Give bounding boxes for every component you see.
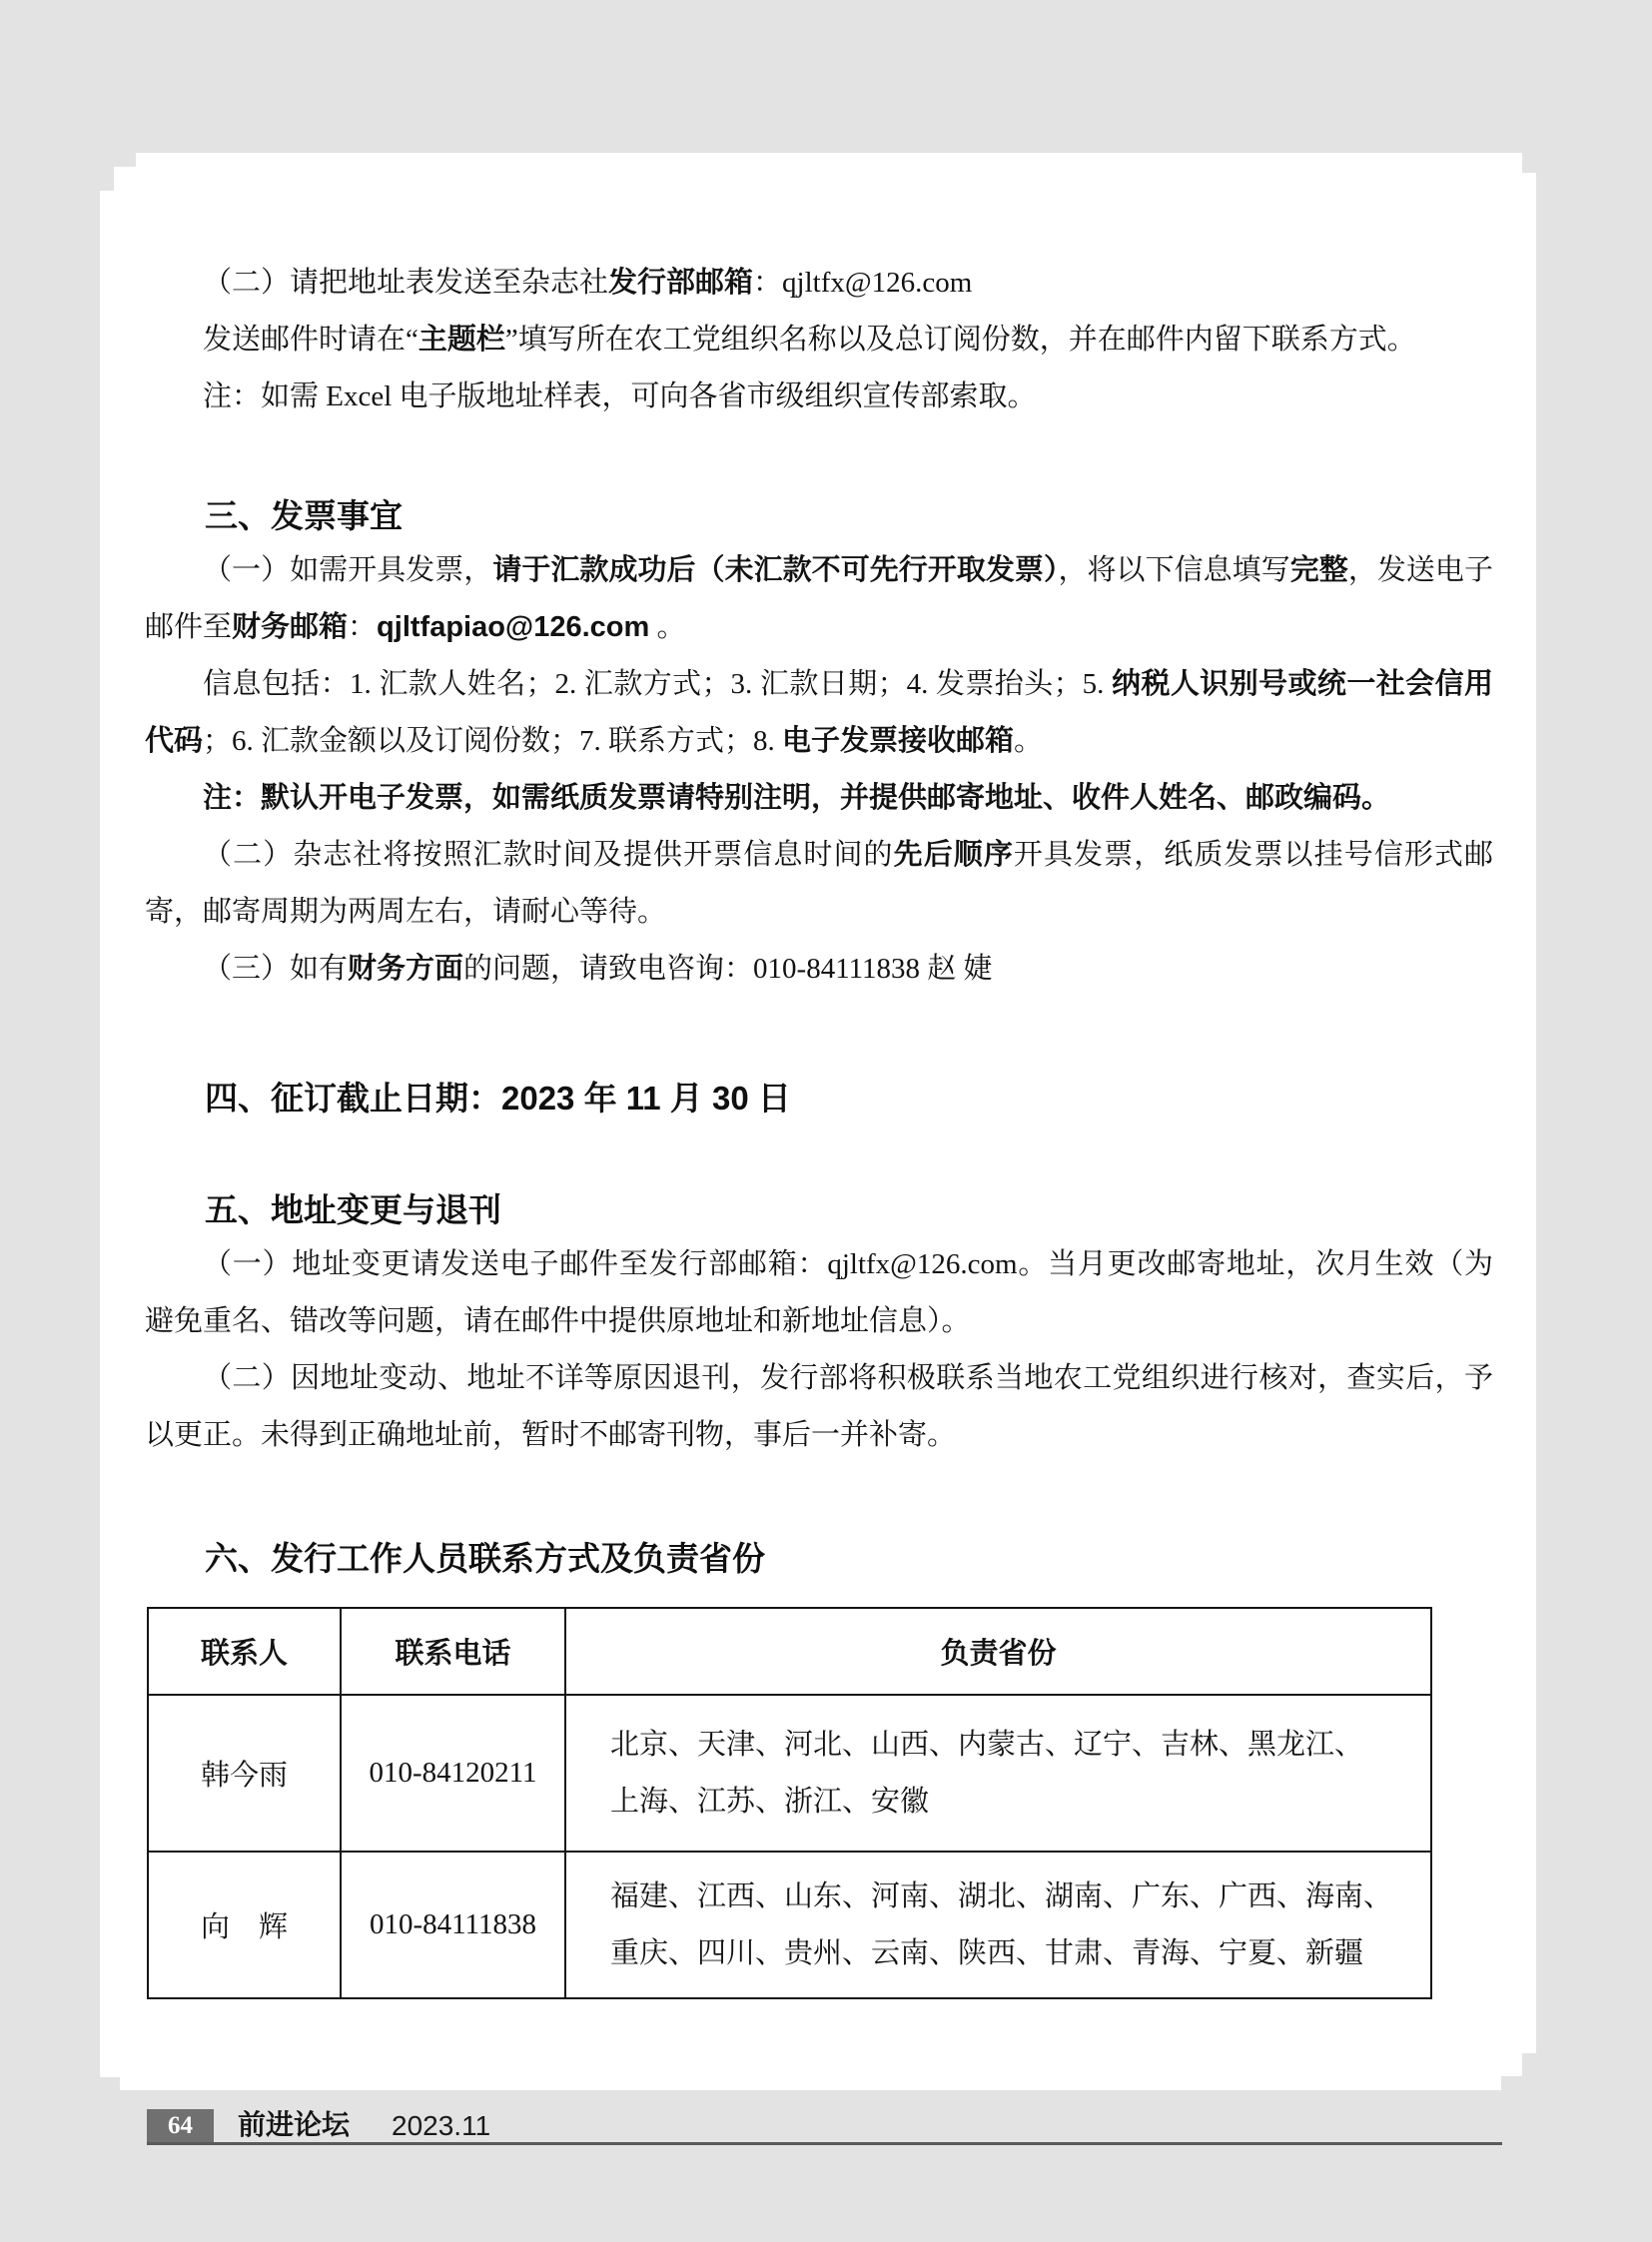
scanned-magazine-page: { "document": { "intro": { "p_address_ru… (0, 0, 1652, 2242)
paragraph-invoice-3: （三）如有财务方面的问题，请致电咨询：010-84111838 赵 婕 (145, 941, 1493, 998)
corner-notch (1522, 2053, 1536, 2090)
corner-notch (1522, 153, 1536, 173)
paragraph-send-address-table: （二）请把地址表发送至杂志社发行部邮箱：qjltfx@126.com (145, 255, 1493, 312)
paragraph-invoice-2: （二）杂志社将按照汇款时间及提供开票信息时间的先后顺序开具发票，纸质发票以挂号信… (145, 827, 1493, 941)
section-heading-deadline: 四、征订截止日期：2023 年 11 月 30 日 (145, 1082, 1493, 1115)
table-row: 向 辉 010-84111838 福建、江西、山东、河南、湖北、湖南、广东、广西… (148, 1852, 1431, 1998)
contacts-header-row: 联系人 联系电话 负责省份 (148, 1608, 1431, 1695)
page-number-badge: 64 (147, 2109, 214, 2142)
header-contact-phone: 联系电话 (341, 1608, 565, 1695)
contact-provinces: 北京、天津、河北、山西、内蒙古、辽宁、吉林、黑龙江、 上海、江苏、浙江、安徽 (565, 1695, 1431, 1852)
contact-name: 向 辉 (148, 1852, 341, 1998)
contacts-table: 联系人 联系电话 负责省份 韩今雨 010-84120211 北京、天津、河北、… (147, 1607, 1432, 1999)
footer-rule (147, 2142, 1502, 2145)
paragraph-invoice-note: 注：默认开电子发票，如需纸质发票请特别注明，并提供邮寄地址、收件人姓名、邮政编码… (145, 770, 1493, 827)
header-responsible-provinces: 负责省份 (565, 1608, 1431, 1695)
issue-number: 2023.11 (392, 2108, 490, 2144)
paragraph-address-change-1: （一）地址变更请发送电子邮件至发行部邮箱：qjltfx@126.com。当月更改… (145, 1236, 1493, 1350)
corner-notch (100, 153, 114, 191)
page-content: （二）请把地址表发送至杂志社发行部邮箱：qjltfx@126.com 发送邮件时… (100, 153, 1536, 1999)
paragraph-subject-line: 发送邮件时请在“主题栏”填写所在农工党组织名称以及总订阅份数，并在邮件内留下联系… (145, 312, 1493, 369)
paragraph-invoice-info-list: 信息包括：1. 汇款人姓名；2. 汇款方式；3. 汇款日期；4. 发票抬头；5.… (145, 656, 1493, 770)
contact-phone: 010-84120211 (341, 1695, 565, 1852)
section-heading-address-change: 五、地址变更与退刊 (145, 1193, 1493, 1226)
contact-name: 韩今雨 (148, 1695, 341, 1852)
header-contact-name: 联系人 (148, 1608, 341, 1695)
table-row: 韩今雨 010-84120211 北京、天津、河北、山西、内蒙古、辽宁、吉林、黑… (148, 1695, 1431, 1852)
contact-phone: 010-84111838 (341, 1852, 565, 1998)
paragraph-invoice-1: （一）如需开具发票，请于汇款成功后（未汇款不可先行开取发票），将以下信息填写完整… (145, 542, 1493, 656)
section-heading-contacts: 六、发行工作人员联系方式及负责省份 (145, 1542, 1493, 1575)
paragraph-excel-note: 注：如需 Excel 电子版地址样表，可向各省市级组织宣传部索取。 (145, 369, 1493, 425)
paragraph-address-change-2: （二）因地址变动、地址不详等原因退刊，发行部将积极联系当地农工党组织进行核对，查… (145, 1350, 1493, 1464)
page-sheet: （二）请把地址表发送至杂志社发行部邮箱：qjltfx@126.com 发送邮件时… (100, 153, 1536, 2090)
corner-notch (100, 2077, 120, 2090)
section-heading-invoice: 三、发票事宜 (145, 499, 1493, 532)
contact-provinces: 福建、江西、山东、河南、湖北、湖南、广东、广西、海南、 重庆、四川、贵州、云南、… (565, 1852, 1431, 1998)
magazine-title: 前进论坛 (238, 2107, 350, 2143)
